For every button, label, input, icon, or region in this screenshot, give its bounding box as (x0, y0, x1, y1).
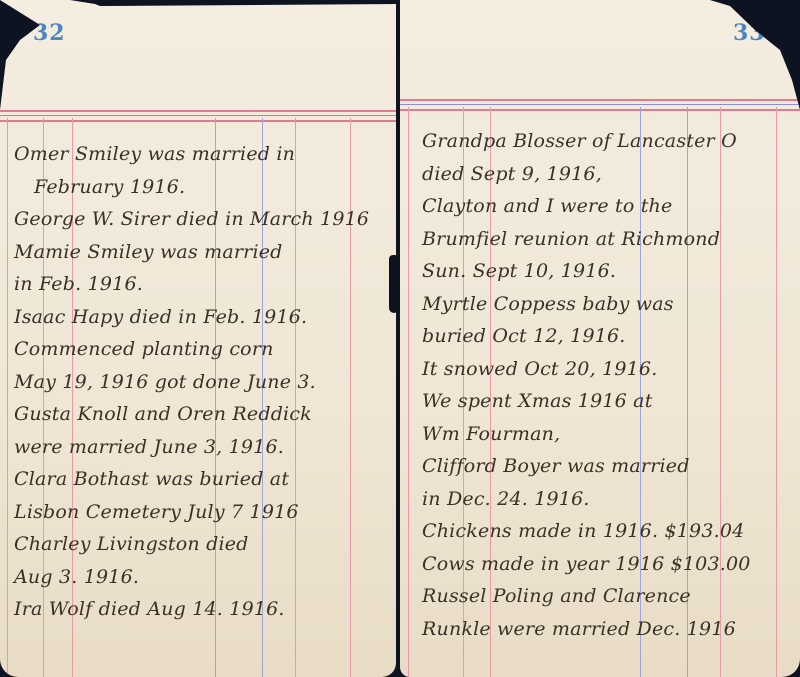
entry-line: We spent Xmas 1916 at (422, 385, 790, 418)
header-rule (400, 99, 800, 111)
entry-line: Gusta Knoll and Oren Reddick (14, 398, 386, 431)
margin-line (7, 118, 8, 677)
entry-line: were married June 3, 1916. (14, 431, 386, 464)
entry-line: Mamie Smiley was married (14, 236, 386, 269)
handwritten-entries: Omer Smiley was married in February 1916… (14, 138, 386, 626)
entry-line: Lisbon Cemetery July 7 1916 (14, 496, 386, 529)
entry-line: Sun. Sept 10, 1916. (422, 255, 790, 288)
entry-line: Russel Poling and Clarence (422, 580, 790, 613)
page-number: 32 (33, 20, 66, 46)
right-page: 33 Grandpa Blosser of Lancaster O died S… (400, 0, 800, 677)
entry-line: Runkle were married Dec. 1916 (422, 613, 790, 646)
entry-line: Myrtle Coppess baby was (422, 288, 790, 321)
entry-line: Isaac Hapy died in Feb. 1916. (14, 301, 386, 334)
entry-line: Wm Fourman, (422, 418, 790, 451)
entry-line: It snowed Oct 20, 1916. (422, 353, 790, 386)
entry-line: Ira Wolf died Aug 14. 1916. (14, 593, 386, 626)
header-rule (0, 110, 396, 122)
entry-line: Clara Bothast was buried at (14, 463, 386, 496)
entry-line: Aug 3. 1916. (14, 561, 386, 594)
entry-line: died Sept 9, 1916, (422, 158, 790, 191)
spine-tear (389, 255, 399, 313)
margin-line (408, 107, 409, 677)
entry-line: Commenced planting corn (14, 333, 386, 366)
entry-line: Cows made in year 1916 $103.00 (422, 548, 790, 581)
left-page: 32 Omer Smiley was married in February 1… (0, 0, 396, 677)
entry-line: Clifford Boyer was married (422, 450, 790, 483)
entry-line: Chickens made in 1916. $193.04 (422, 515, 790, 548)
entry-line: Grandpa Blosser of Lancaster O (422, 125, 790, 158)
entry-line: in Dec. 24. 1916. (422, 483, 790, 516)
entry-line: Omer Smiley was married in (14, 138, 386, 171)
page-number: 33 (733, 20, 766, 46)
entry-line: Brumfiel reunion at Richmond (422, 223, 790, 256)
entry-line: Charley Livingston died (14, 528, 386, 561)
entry-line: May 19, 1916 got done June 3. (14, 366, 386, 399)
entry-line: George W. Sirer died in March 1916 (14, 203, 386, 236)
entry-line: Clayton and I were to the (422, 190, 790, 223)
entry-line: in Feb. 1916. (14, 268, 386, 301)
handwritten-entries: Grandpa Blosser of Lancaster O died Sept… (422, 125, 790, 645)
entry-line: buried Oct 12, 1916. (422, 320, 790, 353)
entry-line: February 1916. (14, 171, 386, 204)
